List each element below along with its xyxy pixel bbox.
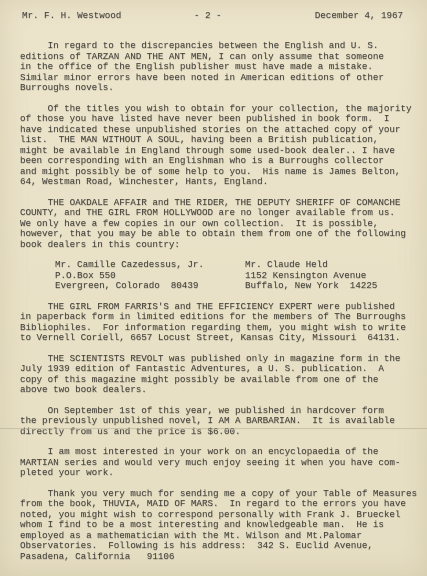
text-line: In regard to the discrepancies between t… [20, 41, 420, 52]
text-line: in the office of the English publisher m… [20, 62, 420, 73]
letter-page: Mr. F. H. Westwood - 2 - December 4, 196… [0, 0, 427, 576]
paragraph-bibliophiles-editions: THE GIRL FROM FARRIS'S and THE EFFICIENC… [20, 302, 420, 344]
text-line: July 1939 edition of Fantastic Adventure… [20, 364, 420, 375]
paragraph-i-am-a-barbarian: On September 1st of this year, we publis… [20, 406, 420, 438]
paragraph-table-of-measures: Thank you very much for sending me a cop… [20, 489, 420, 563]
letter-date: December 4, 1967 [315, 11, 403, 22]
text-line: above two book dealers. [20, 385, 420, 396]
letter-header: Mr. F. H. Westwood - 2 - December 4, 196… [22, 11, 403, 22]
paragraph-martian-encyclopaedia: I am most interested in your work on an … [20, 447, 420, 479]
text-line: in paperback form in limited editions fo… [20, 312, 420, 323]
text-line: Burroughs novels. [20, 83, 420, 94]
text-line: of those you have listed have never been… [20, 114, 420, 125]
letter-body: In regard to the discrepancies between t… [20, 41, 420, 572]
text-line: pleted your work. [20, 468, 420, 479]
recipient-name: Mr. F. H. Westwood [22, 11, 121, 22]
text-line: Buffalo, New York 14225 [245, 281, 420, 292]
text-line: to Vernell Coriell, 6657 Locust Street, … [20, 333, 420, 344]
paragraph-discrepancies: In regard to the discrepancies between t… [20, 41, 420, 94]
dealer-address-held: Mr. Claude Held1152 Kensington AvenueBuf… [245, 260, 420, 292]
text-line: Evergreen, Colorado 80439 [55, 281, 245, 292]
text-line: Mr. Claude Held [245, 260, 420, 271]
paragraph-out-of-stock-titles: THE OAKDALE AFFAIR and THE RIDER, THE DE… [20, 198, 420, 251]
text-line: whom I find to be a most interesting and… [20, 520, 420, 531]
text-line: however, that you may be able to obtain … [20, 229, 420, 240]
paragraph-unpublished-titles: Of the titles you wish to obtain for you… [20, 104, 420, 188]
text-line: from the book, THUVIA, MAID OF MARS. In … [20, 499, 420, 510]
text-line: been corresponding with an Englishman wh… [20, 156, 420, 167]
text-line: Pasadena, California 91106 [20, 552, 420, 563]
book-dealer-addresses: Mr. Camille Cazedessus, Jr.P.O.Box 550Ev… [55, 260, 420, 292]
text-line: I am most interested in your work on an … [20, 447, 420, 458]
text-line: COUNTY, and THE GIRL FROM HOLLYWOOD are … [20, 208, 420, 219]
page-number: - 2 - [194, 11, 222, 22]
text-line: Observatories. Following is his address:… [20, 541, 420, 552]
text-line: directly from us and the price is $6.00. [20, 427, 420, 438]
text-line: list. THE MAN WITHOUT A SOUL, having bee… [20, 135, 420, 146]
text-line: book dealers in this country: [20, 240, 420, 251]
text-line: the previously unpublished novel, I AM A… [20, 416, 420, 427]
text-line: Mr. Camille Cazedessus, Jr. [55, 260, 245, 271]
dealer-address-cazedessus: Mr. Camille Cazedessus, Jr.P.O.Box 550Ev… [55, 260, 245, 292]
paragraph-scientists-revolt: THE SCIENTISTS REVOLT was published only… [20, 354, 420, 396]
text-line: 64, Westman Road, Winchester, Hants, Eng… [20, 177, 420, 188]
